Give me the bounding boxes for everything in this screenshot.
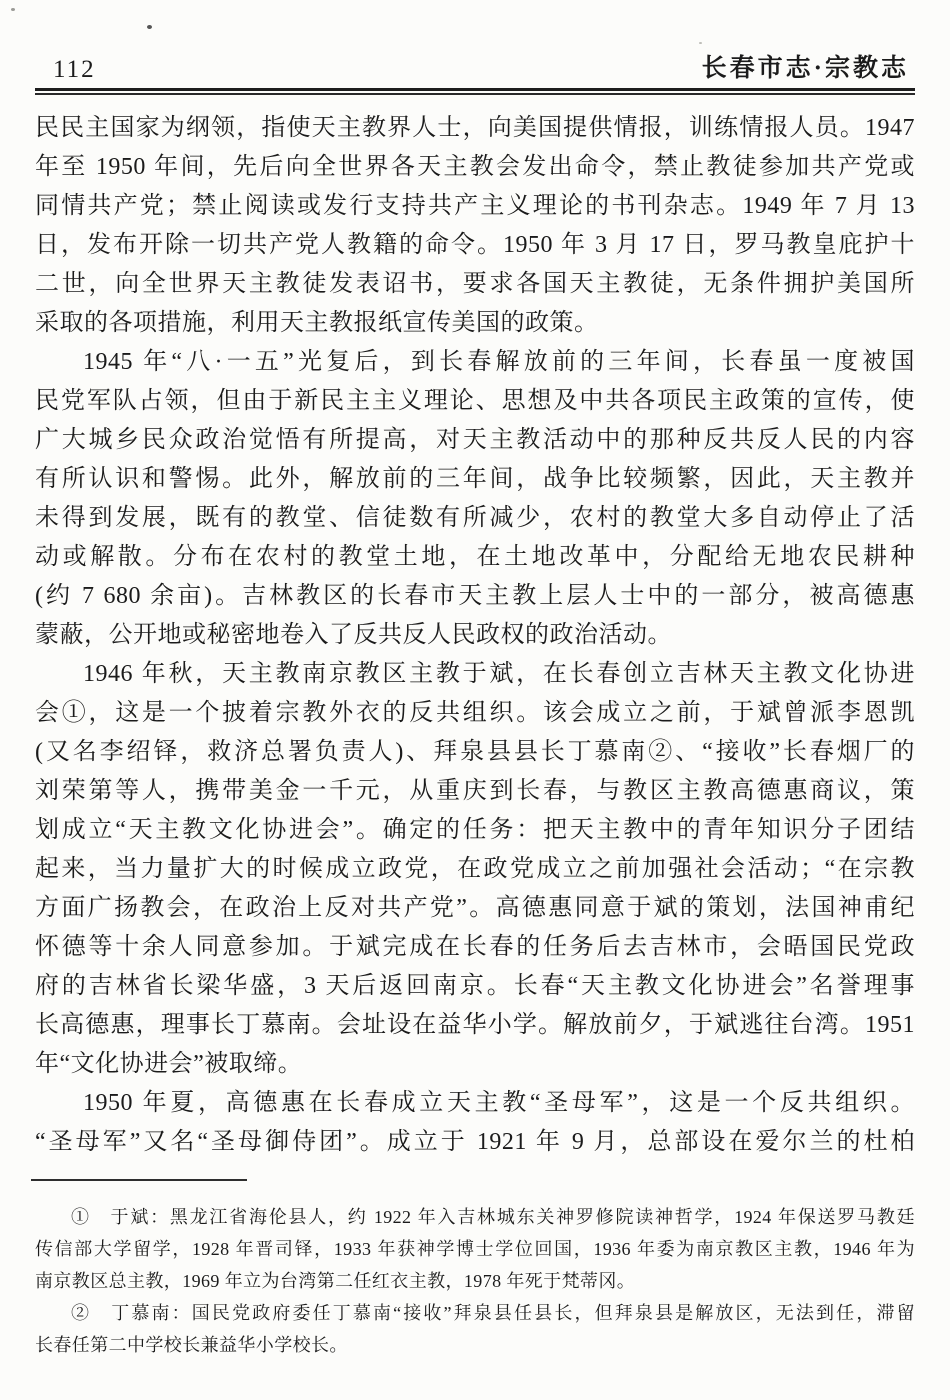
running-title: 长春市志·宗教志 <box>702 48 909 84</box>
body-text-line: 方面广扬教会，在政治上反对共产党”。高德惠同意于斌的策划，法国神甫纪 <box>35 889 915 928</box>
body-text-line: “圣母军”又名“圣母御侍团”。成立于 1921 年 9 月，总部设在爱尔兰的杜柏 <box>35 1123 915 1162</box>
body-text-line: 怀德等十余人同意参加。于斌完成在长春的任务后去吉林市，会晤国民党政 <box>35 928 915 967</box>
footnote-text-line: 长春任第二中学校长兼益华小学校长。 <box>35 1329 915 1361</box>
body-text: 民民主国家为纲领，指使天主教界人士，向美国提供情报，训练情报人员。1947 年至… <box>35 109 915 1162</box>
body-text-line: 会①，这是一个披着宗教外衣的反共组织。该会成立之前，于斌曾派李恩凯 <box>35 694 915 733</box>
body-text-line: 有所认识和警惕。此外，解放前的三年间，战争比较频繁，因此，天主教并 <box>35 460 915 499</box>
footnote-text-line: ① 于斌：黑龙江省海伦县人，约 1922 年入吉林城东关神罗修院读神哲学，192… <box>35 1201 915 1233</box>
body-text-line: 采取的各项措施，利用天主教报纸宣传美国的政策。 <box>35 304 915 343</box>
body-text-line: 未得到发展，既有的教堂、信徒数有所减少，农村的教堂大多自动停止了活 <box>35 499 915 538</box>
body-text-line: 年至 1950 年间，先后向全世界各天主教会发出命令，禁止教徒参加共产党或 <box>35 148 915 187</box>
body-text-line: 起来，当力量扩大的时候成立政党，在政党成立之前加强社会活动；“在宗教 <box>35 850 915 889</box>
scan-speck <box>699 42 702 44</box>
body-text-line: 1950 年夏，高德惠在长春成立天主教“圣母军”，这是一个反共组织。 <box>35 1084 915 1123</box>
body-text-line: 年“文化协进会”被取缔。 <box>35 1045 915 1084</box>
body-text-line: 刘荣第等人，携带美金一千元，从重庆到长春，与教区主教高德惠商议，策 <box>35 772 915 811</box>
scanned-book-page: 112 长春市志·宗教志 民民主国家为纲领，指使天主教界人士，向美国提供情报，训… <box>0 0 950 1400</box>
page-header: 112 长春市志·宗教志 <box>35 50 915 84</box>
scan-speck <box>147 25 152 29</box>
footnote-separator <box>31 1179 247 1181</box>
body-text-line: 民民主国家为纲领，指使天主教界人士，向美国提供情报，训练情报人员。1947 <box>35 109 915 148</box>
body-text-line: 长高德惠，理事长丁慕南。会址设在益华小学。解放前夕，于斌逃往台湾。1951 <box>35 1006 915 1045</box>
footnote-text-line: 传信部大学留学，1928 年晋司铎，1933 年获神学博士学位回国，1936 年… <box>35 1233 915 1265</box>
body-text-line: (又名李绍铎，救济总署负责人)、拜泉县县长丁慕南②、“接收”长春烟厂的 <box>35 733 915 772</box>
header-rule <box>35 88 915 95</box>
footnote-text-line: 南京教区总主教，1969 年立为台湾第二任红衣主教，1978 年死于梵蒂冈。 <box>35 1265 915 1297</box>
body-text-line: 1946 年秋，天主教南京教区主教于斌，在长春创立吉林天主教文化协进 <box>35 655 915 694</box>
body-text-line: 广大城乡民众政治觉悟有所提高，对天主教活动中的那种反共反人民的内容 <box>35 421 915 460</box>
body-text-line: 府的吉林省长梁华盛，3 天后返回南京。长春“天主教文化协进会”名誉理事 <box>35 967 915 1006</box>
body-text-line: 动或解散。分布在农村的教堂土地，在土地改革中，分配给无地农民耕种 <box>35 538 915 577</box>
body-text-line: 二世，向全世界天主教徒发表诏书，要求各国天主教徒，无条件拥护美国所 <box>35 265 915 304</box>
body-text-line: (约 7 680 余亩)。吉林教区的长春市天主教上层人士中的一部分，被高德惠 <box>35 577 915 616</box>
body-text-line: 同情共产党；禁止阅读或发行支持共产主义理论的书刊杂志。1949 年 7 月 13 <box>35 187 915 226</box>
footnote-text-line: ② 丁慕南：国民党政府委任丁慕南“接收”拜泉县任县长，但拜泉县是解放区，无法到任… <box>35 1297 915 1329</box>
footnotes: ① 于斌：黑龙江省海伦县人，约 1922 年入吉林城东关神罗修院读神哲学，192… <box>35 1201 915 1361</box>
page-number: 112 <box>53 56 96 84</box>
scan-speck <box>11 8 15 11</box>
body-text-line: 民党军队占领，但由于新民主主义理论、思想及中共各项民主政策的宣传，使 <box>35 382 915 421</box>
body-text-line: 1945 年“八·一五”光复后，到长春解放前的三年间，长春虽一度被国 <box>35 343 915 382</box>
body-text-line: 划成立“天主教文化协进会”。确定的任务：把天主教中的青年知识分子团结 <box>35 811 915 850</box>
body-text-line: 蒙蔽，公开地或秘密地卷入了反共反人民政权的政治活动。 <box>35 616 915 655</box>
body-text-line: 日，发布开除一切共产党人教籍的命令。1950 年 3 月 17 日，罗马教皇庇护… <box>35 226 915 265</box>
